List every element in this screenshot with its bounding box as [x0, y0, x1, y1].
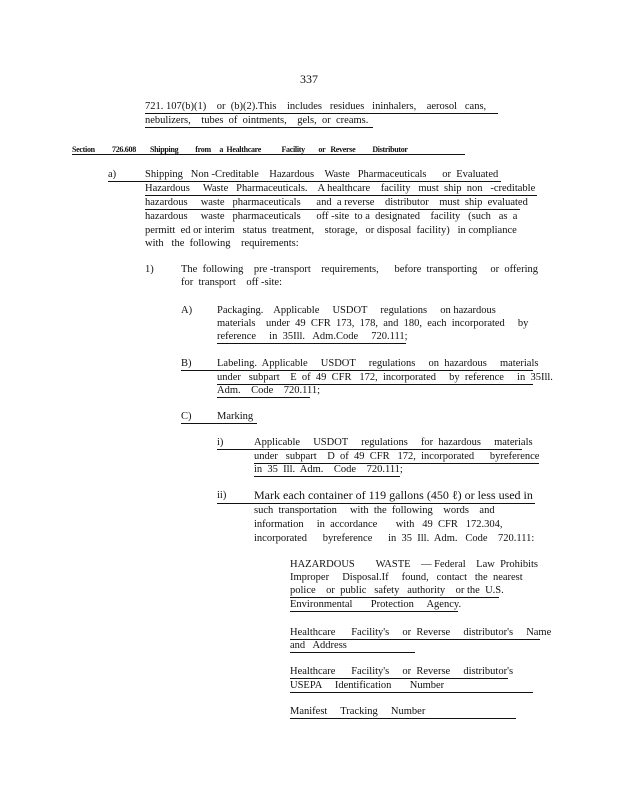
underline	[108, 181, 501, 182]
subsection-a-line: Shipping Non -Creditable Hazardous Waste…	[145, 169, 498, 181]
item-B-label: B)	[181, 358, 192, 370]
underline	[72, 154, 465, 155]
underline	[290, 597, 499, 598]
page-number: 337	[300, 73, 318, 85]
underline	[145, 127, 373, 128]
document-page: 337 721. 107(b)(1) or (b)(2).This includ…	[0, 0, 618, 800]
underline	[217, 397, 310, 398]
underline	[145, 209, 520, 210]
subsection-a-line: hazardous waste pharmaceuticals off -sit…	[145, 211, 517, 223]
item-i-line: in 35 Ill. Adm. Code 720.111;	[254, 464, 403, 476]
warning-line: police or public safety authority or the…	[290, 585, 504, 597]
subsection-a-label: a)	[108, 169, 116, 181]
underline	[290, 678, 508, 679]
item-B-line: Adm. Code 720.111;	[217, 385, 320, 397]
warning-line: Improper Disposal.If found, contact the …	[290, 572, 523, 584]
item-i-line: under subpart D of 49 CFR 172, incorpora…	[254, 451, 539, 463]
item-i-line: Applicable USDOT regulations for hazardo…	[254, 437, 533, 449]
underline	[290, 611, 458, 612]
subsection-a-line: Hazardous Waste Pharmaceuticals. A healt…	[145, 183, 535, 195]
subsection-a-line: permitt ed or interim status treatment, …	[145, 225, 517, 237]
underline	[290, 652, 415, 653]
item-ii-line: information in accordance with 49 CFR 17…	[254, 519, 502, 531]
underline	[217, 449, 522, 450]
item-i-label: i)	[217, 437, 223, 449]
usepa-id-line: USEPA Identification Number	[290, 680, 444, 692]
continuation-line-1: 721. 107(b)(1) or (b)(2).This includes r…	[145, 101, 486, 113]
item-ii-first-line: Mark each container of 119 gallons (450 …	[254, 489, 533, 501]
underline	[145, 195, 537, 196]
name-address-line: and Address	[290, 640, 347, 652]
underline	[217, 343, 406, 344]
item-A-line: reference in 35Ill. Adm.Code 720.111;	[217, 331, 408, 343]
underline	[181, 370, 533, 371]
name-address-line: Healthcare Facility's or Reverse distrib…	[290, 627, 551, 639]
subsection-a-line: with the following requirements:	[145, 238, 299, 250]
continuation-line-2: nebulizers, tubes of ointments, gels, or…	[145, 115, 368, 127]
item-C-label: C)	[181, 411, 192, 423]
underline	[254, 476, 400, 477]
warning-line: HAZARDOUS WASTE — Federal Law Prohibits	[290, 559, 538, 571]
underline	[290, 692, 533, 693]
item-1-label: 1)	[145, 264, 154, 276]
item-B-line: under subpart E of 49 CFR 172, incorpora…	[217, 372, 553, 384]
item-ii-line: incorporated byreference in 35 Ill. Adm.…	[254, 533, 534, 545]
underline	[290, 718, 516, 719]
item-ii-line: such transportation with the following w…	[254, 505, 495, 517]
item-1-line: The following pre -transport requirement…	[181, 264, 538, 276]
underline	[181, 423, 257, 424]
item-A-label: A)	[181, 305, 192, 317]
manifest-line: Manifest Tracking Number	[290, 706, 425, 718]
usepa-id-line: Healthcare Facility's or Reverse distrib…	[290, 666, 513, 678]
item-ii-label: ii)	[217, 490, 226, 502]
warning-line: Environmental Protection Agency.	[290, 599, 461, 611]
item-A-line: Packaging. Applicable USDOT regulations …	[217, 305, 496, 317]
item-A-line: materials under 49 CFR 173, 178, and 180…	[217, 318, 528, 330]
underline	[145, 113, 498, 114]
underline	[217, 503, 535, 504]
item-B-line: Labeling. Applicable USDOT regulations o…	[217, 358, 538, 370]
item-C-text: Marking	[217, 411, 253, 423]
subsection-a-line: hazardous waste pharmaceuticals and a re…	[145, 197, 528, 209]
item-1-line: for transport off -site:	[181, 277, 282, 289]
